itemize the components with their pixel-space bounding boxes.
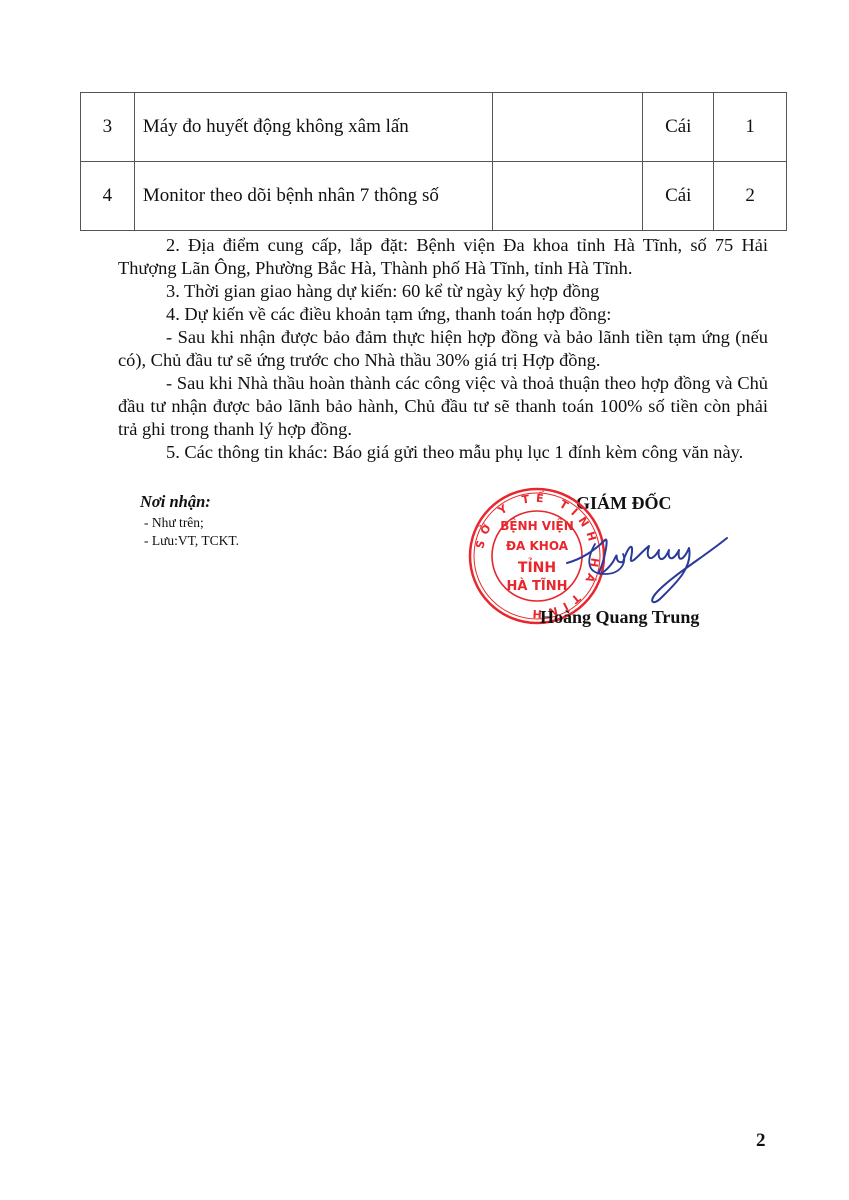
equipment-table: 3 Máy đo huyết động không xâm lấn Cái 1 … bbox=[80, 92, 787, 231]
stamp-line: TỈNH bbox=[518, 557, 556, 576]
paragraph-payment-terms-heading: 4. Dự kiến về các điều khoản tạm ứng, th… bbox=[118, 303, 768, 326]
paragraph-delivery-location: 2. Địa điểm cung cấp, lắp đặt: Bệnh viện… bbox=[118, 234, 768, 280]
paragraph-advance-payment: - Sau khi nhận được bảo đảm thực hiện hợ… bbox=[118, 326, 768, 372]
document-page: 3 Máy đo huyết động không xâm lấn Cái 1 … bbox=[0, 0, 849, 1200]
stamp-line: HÀ TĨNH bbox=[507, 578, 568, 594]
table-row: 3 Máy đo huyết động không xâm lấn Cái 1 bbox=[81, 93, 787, 162]
item-name: Monitor theo dõi bệnh nhân 7 thông số bbox=[134, 162, 492, 231]
recipient-item: - Lưu:VT, TCKT. bbox=[144, 533, 239, 549]
table-row: 4 Monitor theo dõi bệnh nhân 7 thông số … bbox=[81, 162, 787, 231]
row-number: 3 bbox=[81, 93, 135, 162]
item-unit: Cái bbox=[643, 93, 714, 162]
row-number: 4 bbox=[81, 162, 135, 231]
stamp-line: BỆNH VIỆN bbox=[500, 518, 574, 533]
item-quantity: 1 bbox=[714, 93, 787, 162]
paragraph-final-payment: - Sau khi Nhà thầu hoàn thành các công v… bbox=[118, 372, 768, 440]
item-spec bbox=[492, 162, 642, 231]
stamp-line: ĐA KHOA bbox=[506, 539, 569, 553]
item-name: Máy đo huyết động không xâm lấn bbox=[134, 93, 492, 162]
item-spec bbox=[492, 93, 642, 162]
handwritten-signature-icon bbox=[565, 528, 730, 610]
item-unit: Cái bbox=[643, 162, 714, 231]
signer-name: Hoàng Quang Trung bbox=[540, 607, 699, 628]
paragraph-delivery-time: 3. Thời gian giao hàng dự kiến: 60 kể từ… bbox=[118, 280, 768, 303]
recipient-item: - Như trên; bbox=[144, 515, 204, 531]
item-quantity: 2 bbox=[714, 162, 787, 231]
paragraph-other-info: 5. Các thông tin khác: Báo giá gửi theo … bbox=[118, 441, 768, 464]
recipients-title: Nơi nhận: bbox=[140, 492, 211, 512]
page-number: 2 bbox=[756, 1130, 766, 1152]
